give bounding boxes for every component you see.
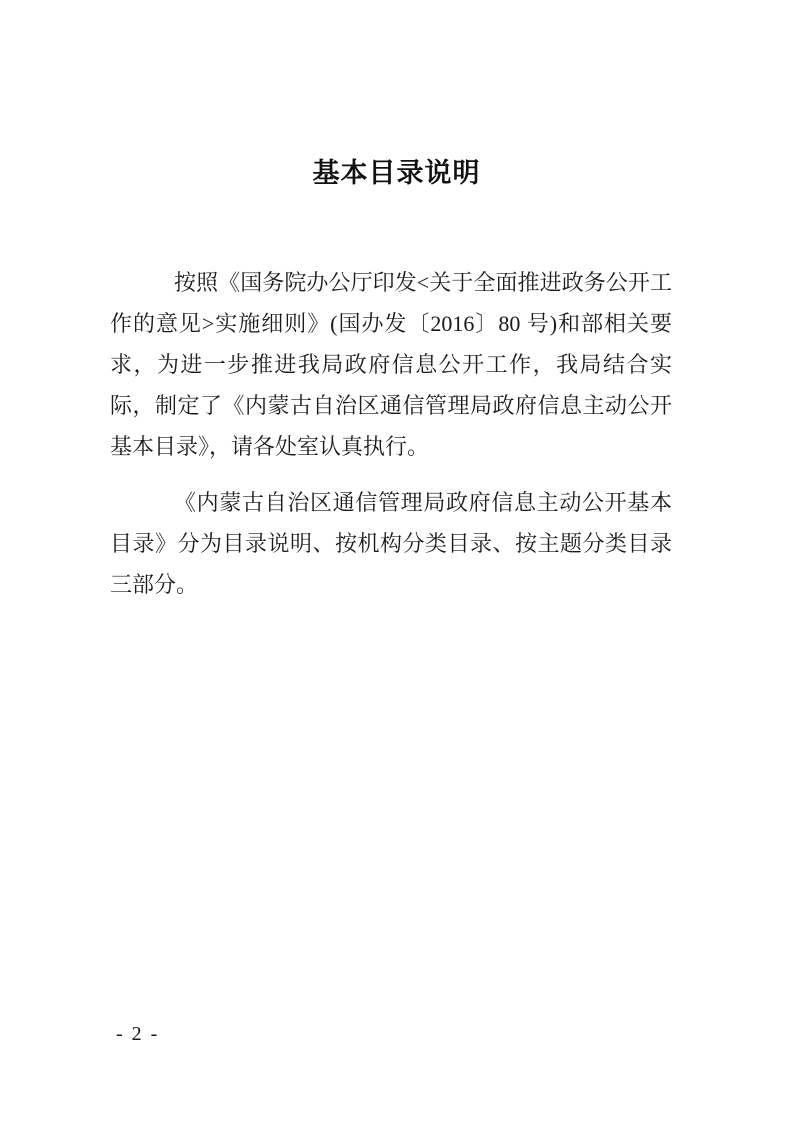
paragraph-2: 《内蒙古自治区通信管理局政府信息主动公开基本目录》分为目录说明、按机构分类目录、…: [110, 482, 672, 605]
document-page: 基本目录说明 按照《国务院办公厅印发<关于全面推进政务公开工作的意见>实施细则》…: [0, 0, 793, 1122]
page-title: 基本目录说明: [0, 158, 793, 190]
page-number: - 2 -: [116, 1022, 159, 1046]
document-body: 按照《国务院办公厅印发<关于全面推进政务公开工作的意见>实施细则》(国办发〔20…: [110, 262, 672, 620]
paragraph-1: 按照《国务院办公厅印发<关于全面推进政务公开工作的意见>实施细则》(国办发〔20…: [110, 262, 672, 467]
